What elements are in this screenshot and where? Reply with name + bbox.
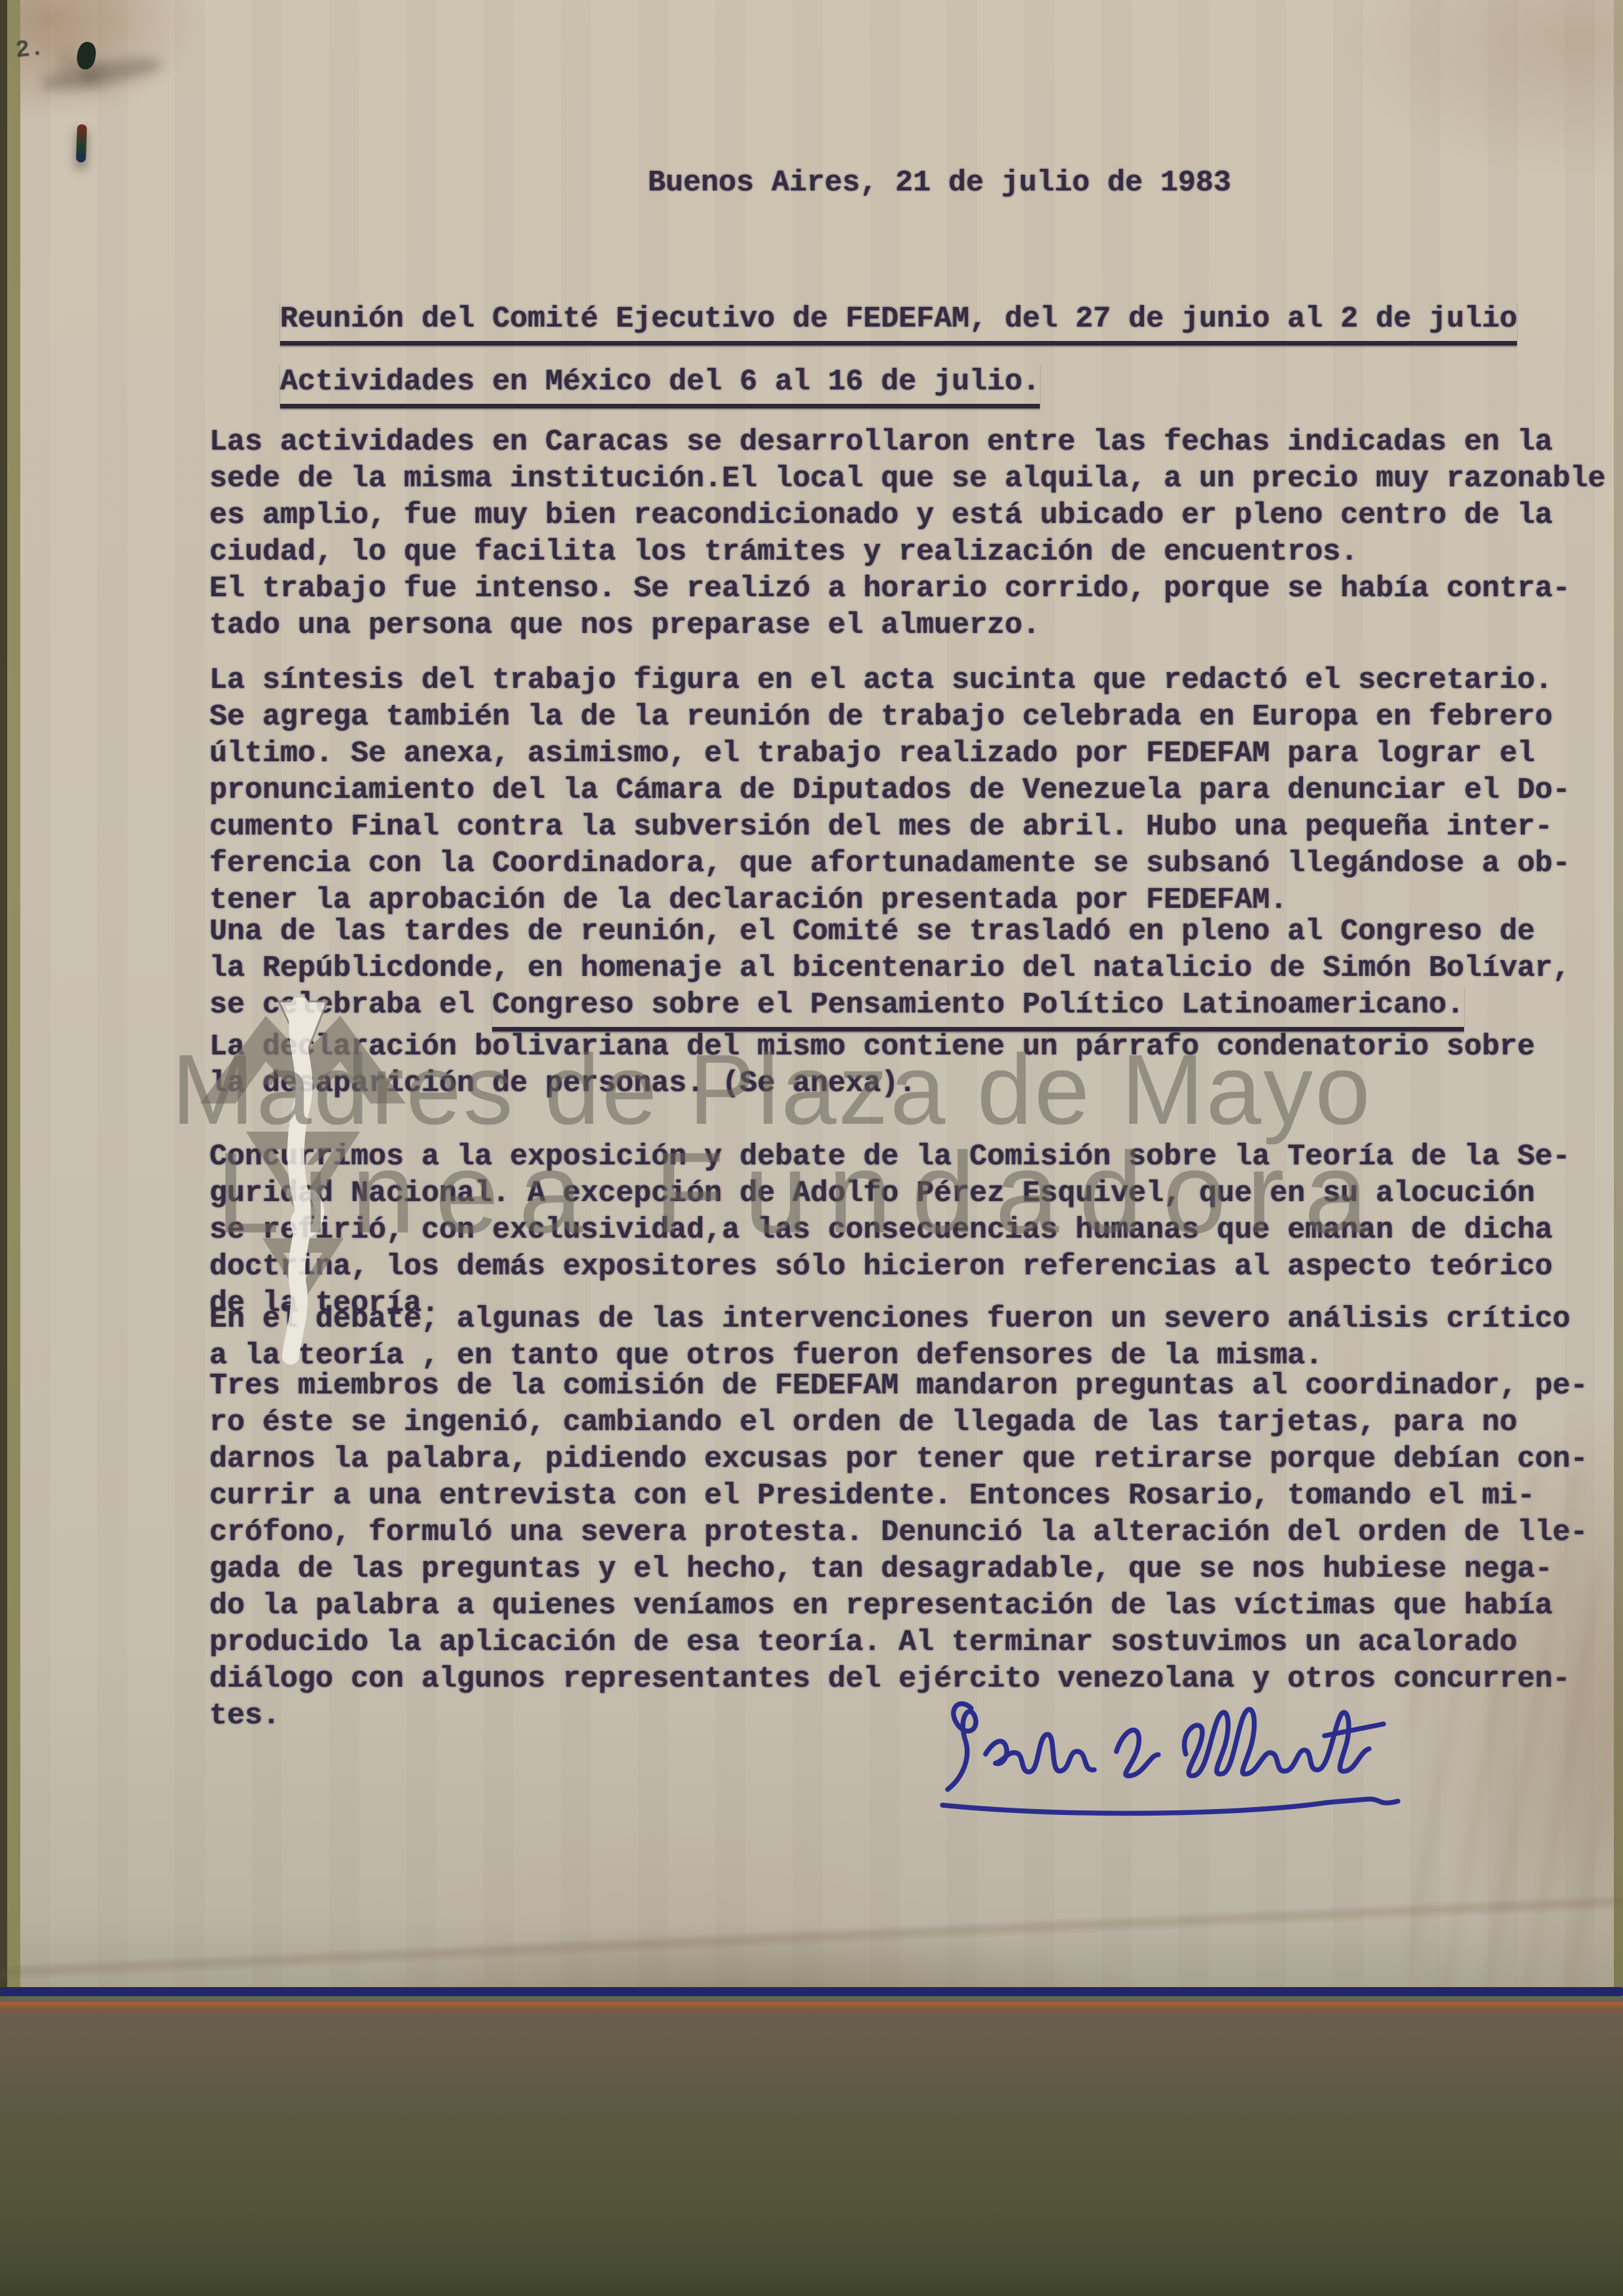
scanned-letter-page: 2. Buenos Aires, 21 de julio de 1983 Reu… <box>0 0 1623 2296</box>
paragraph-debate: En el debate, algunas de las intervencio… <box>209 1301 1570 1374</box>
scan-right-edge-strip <box>1614 0 1623 1998</box>
pencil-corner-mark: 2. <box>14 37 45 63</box>
paragraph-work-schedule: El trabajo fue intenso. Se realizó a hor… <box>209 571 1570 644</box>
scan-left-edge-strip <box>7 0 20 1998</box>
paragraph-caracas-activities: Las actividades en Caracas se desarrolla… <box>209 424 1605 571</box>
handwritten-signature <box>908 1689 1414 1842</box>
paragraph-congress-visit-line-3: se celebraba el Congreso sobre el Pensam… <box>209 987 1464 1031</box>
scan-left-edge-dark <box>0 0 7 1998</box>
staple-hole-icon <box>76 124 87 162</box>
congress-title-underlined: Congreso sobre el Pensamiento Político L… <box>492 987 1464 1031</box>
paragraph-fedefam-questions: Tres miembros de la comisión de FEDEFAM … <box>209 1368 1588 1734</box>
paragraph-work-summary: La síntesis del trabajo figura en el act… <box>209 662 1570 919</box>
congress-line-prefix: se celebraba el <box>209 988 492 1022</box>
paragraph-bolivarian-declaration: La declaración bolivariana del mismo con… <box>209 1029 1535 1102</box>
title-2-underlined-text: Actividades en México del 6 al 16 de jul… <box>280 364 1040 408</box>
paragraph-congress-visit: Una de las tardes de reunión, el Comité … <box>209 914 1570 987</box>
scanner-background <box>0 1998 1623 2296</box>
paper-bottom-edge-line <box>0 1987 1623 1996</box>
paragraph-national-security-commission: Concurrimos a la exposición y debate de … <box>209 1139 1570 1322</box>
paper-bottom-edge-fringe <box>0 2002 1623 2017</box>
date-line: Buenos Aires, 21 de julio de 1983 <box>648 165 1231 202</box>
